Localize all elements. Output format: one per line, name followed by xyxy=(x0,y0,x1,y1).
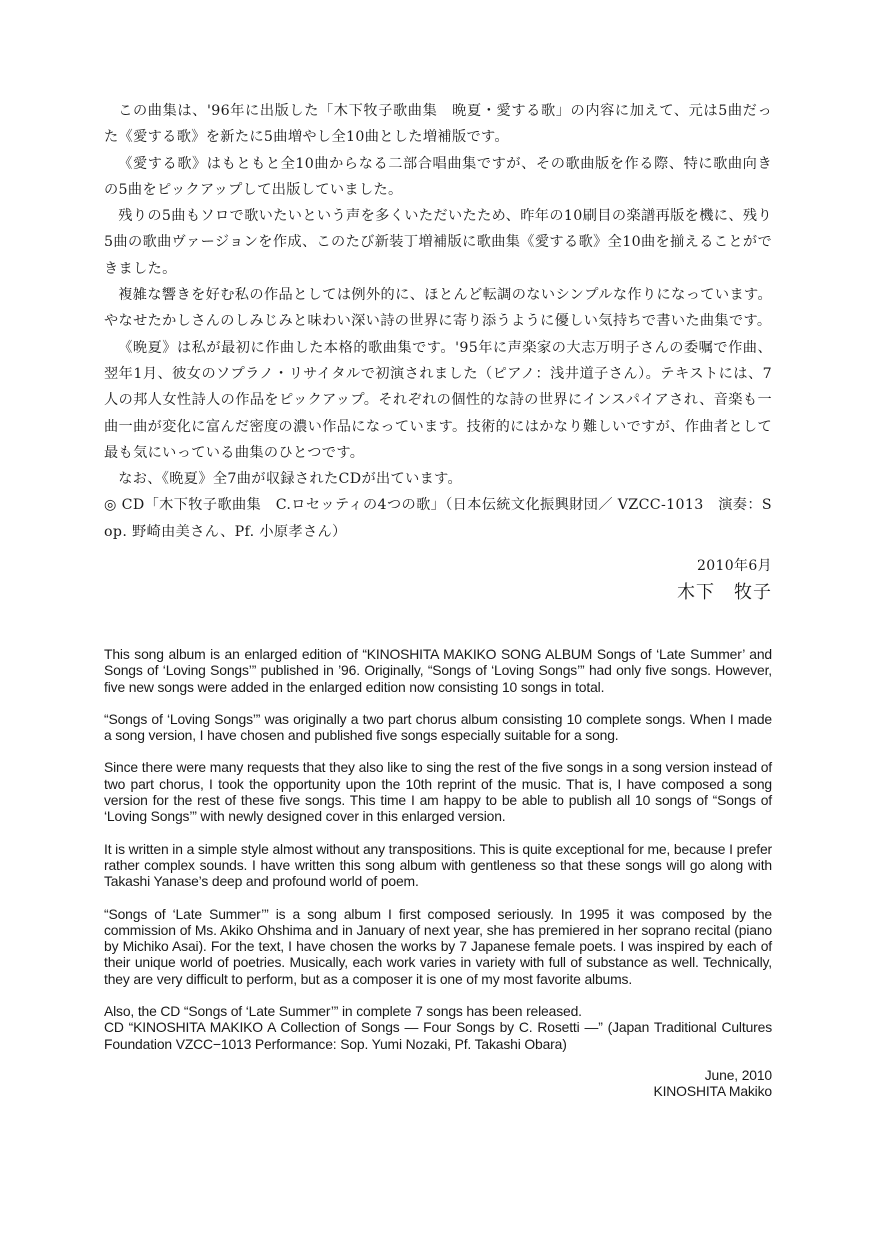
jp-paragraph-1: この曲集は、'96年に出版した「木下牧子歌曲集 晩夏・愛する歌」の内容に加えて、… xyxy=(104,98,772,151)
jp-paragraph-3: 残りの5曲もソロで歌いたいという声を多くいただいたため、昨年の10刷目の楽譜再版… xyxy=(104,203,772,282)
jp-signature-author: 木下 牧子 xyxy=(104,579,772,607)
jp-signature-date: 2010年6月 xyxy=(104,553,772,579)
jp-paragraph-4: 複雑な響きを好む私の作品としては例外的に、ほとんど転調のないシンプルな作りになっ… xyxy=(104,282,772,335)
en-paragraph-2: “Songs of ‘Loving Songs’” was originally… xyxy=(104,711,772,744)
en-signature: June, 2010 KINOSHITA Makiko xyxy=(104,1067,772,1100)
en-paragraph-3: Since there were many requests that they… xyxy=(104,759,772,824)
en-cd-released: Also, the CD “Songs of ‘Late Summer’” in… xyxy=(104,1003,772,1019)
jp-paragraph-5: 《晩夏》は私が最初に作曲した本格的歌曲集です。'95年に声楽家の大志万明子さんの… xyxy=(104,335,772,466)
en-cd-note: CD “KINOSHITA MAKIKO A Collection of Son… xyxy=(104,1019,772,1052)
en-paragraph-5: “Songs of ‘Late Summer’” is a song album… xyxy=(104,906,772,987)
japanese-section: この曲集は、'96年に出版した「木下牧子歌曲集 晩夏・愛する歌」の内容に加えて、… xyxy=(104,98,772,607)
en-paragraph-4: It is written in a simple style almost w… xyxy=(104,841,772,890)
en-paragraph-1: This song album is an enlarged edition o… xyxy=(104,646,772,695)
jp-paragraph-6: なお、《晩夏》全7曲が収録されたCDが出ています。 xyxy=(104,466,772,492)
en-signature-author: KINOSHITA Makiko xyxy=(104,1083,772,1099)
jp-cd-note: ◎ CD「木下牧子歌曲集 C.ロセッティの4つの歌」（日本伝統文化振興財団／ V… xyxy=(104,492,772,545)
english-section: This song album is an enlarged edition o… xyxy=(104,646,772,1100)
en-signature-date: June, 2010 xyxy=(104,1067,772,1083)
jp-paragraph-2: 《愛する歌》はもともと全10曲からなる二部合唱曲集ですが、その歌曲版を作る際、特… xyxy=(104,151,772,204)
